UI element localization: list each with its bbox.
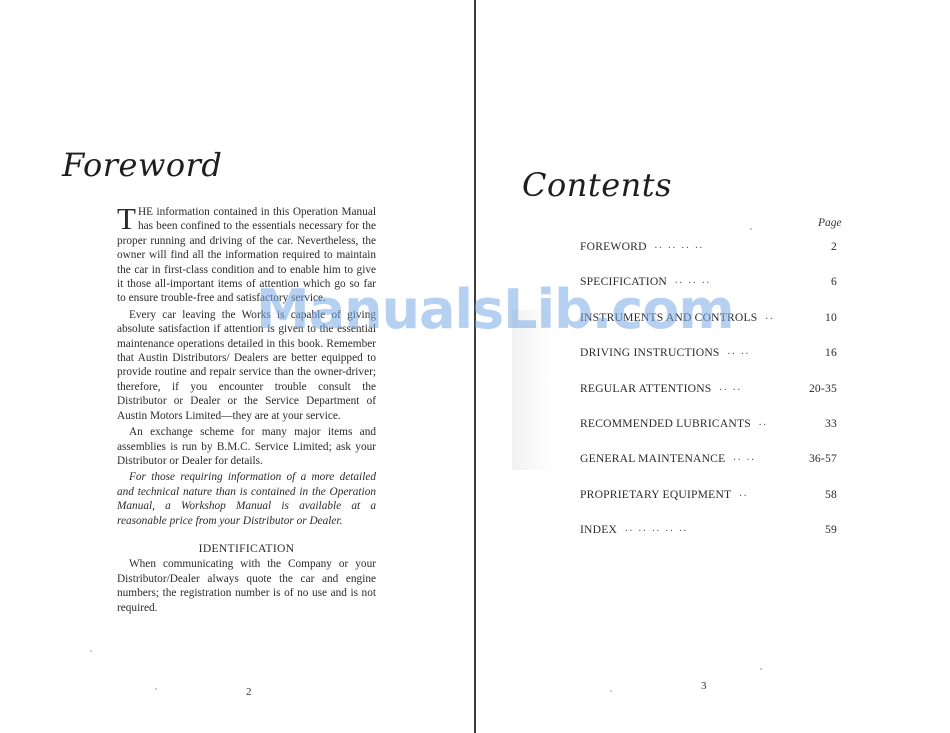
leader-dots: ..: [731, 488, 803, 499]
scan-speck: [750, 228, 752, 230]
scan-speck: [90, 650, 92, 652]
toc-entry-general-maintenance[interactable]: GENERAL MAINTENANCE .. .. 36-57: [580, 452, 837, 487]
scan-speck: [760, 668, 762, 670]
leader-dots: .. ..: [725, 452, 803, 463]
toc-entry-index[interactable]: INDEX .. .. .. .. .. 59: [580, 523, 837, 558]
leader-dots: .. .. ..: [667, 275, 803, 286]
leader-dots: ..: [757, 311, 803, 322]
toc-entry-recommended-lubricants[interactable]: RECOMMENDED LUBRICANTS .. 33: [580, 417, 837, 452]
foreword-body: THE information contained in this Operat…: [117, 205, 376, 617]
leader-dots: .. ..: [720, 346, 803, 357]
identification-heading: IDENTIFICATION: [117, 542, 376, 556]
foreword-page: Foreword THE information contained in th…: [0, 0, 474, 733]
leader-dots: .. .. .. ..: [647, 240, 803, 251]
leader-dots: .. ..: [711, 382, 803, 393]
toc-entry-foreword[interactable]: FOREWORD .. .. .. .. 2: [580, 240, 837, 275]
toc-entry-specification[interactable]: SPECIFICATION .. .. .. 6: [580, 275, 837, 310]
identification-text: When communicating with the Company or y…: [117, 557, 376, 615]
toc-entry-proprietary-equipment[interactable]: PROPRIETARY EQUIPMENT .. 58: [580, 488, 837, 523]
foreword-paragraph-3: An exchange scheme for many major items …: [117, 425, 376, 468]
table-of-contents: FOREWORD .. .. .. .. 2 SPECIFICATION .. …: [580, 240, 837, 559]
leader-dots: .. .. .. .. ..: [617, 523, 803, 534]
toc-entry-instruments-and-controls[interactable]: INSTRUMENTS AND CONTROLS .. 10: [580, 311, 837, 346]
toc-page-column-label: Page: [818, 217, 842, 229]
page-number-left: 2: [246, 686, 252, 698]
foreword-title: Foreword: [62, 146, 222, 184]
foreword-paragraph-1: THE information contained in this Operat…: [117, 205, 376, 306]
contents-title: Contents: [522, 166, 672, 204]
foreword-paragraph-2: Every car leaving the Works is capable o…: [117, 308, 376, 423]
scan-speck: [610, 690, 612, 692]
drop-cap: T: [117, 206, 136, 232]
scan-speck: [155, 688, 157, 690]
manual-spread: Foreword THE information contained in th…: [0, 0, 950, 733]
toc-entry-regular-attentions[interactable]: REGULAR ATTENTIONS .. .. 20-35: [580, 382, 837, 417]
page-number-right: 3: [701, 680, 707, 692]
leader-dots: ..: [751, 417, 803, 428]
toc-entry-driving-instructions[interactable]: DRIVING INSTRUCTIONS .. .. 16: [580, 346, 837, 381]
workshop-manual-note: For those requiring information of a mor…: [117, 470, 376, 528]
